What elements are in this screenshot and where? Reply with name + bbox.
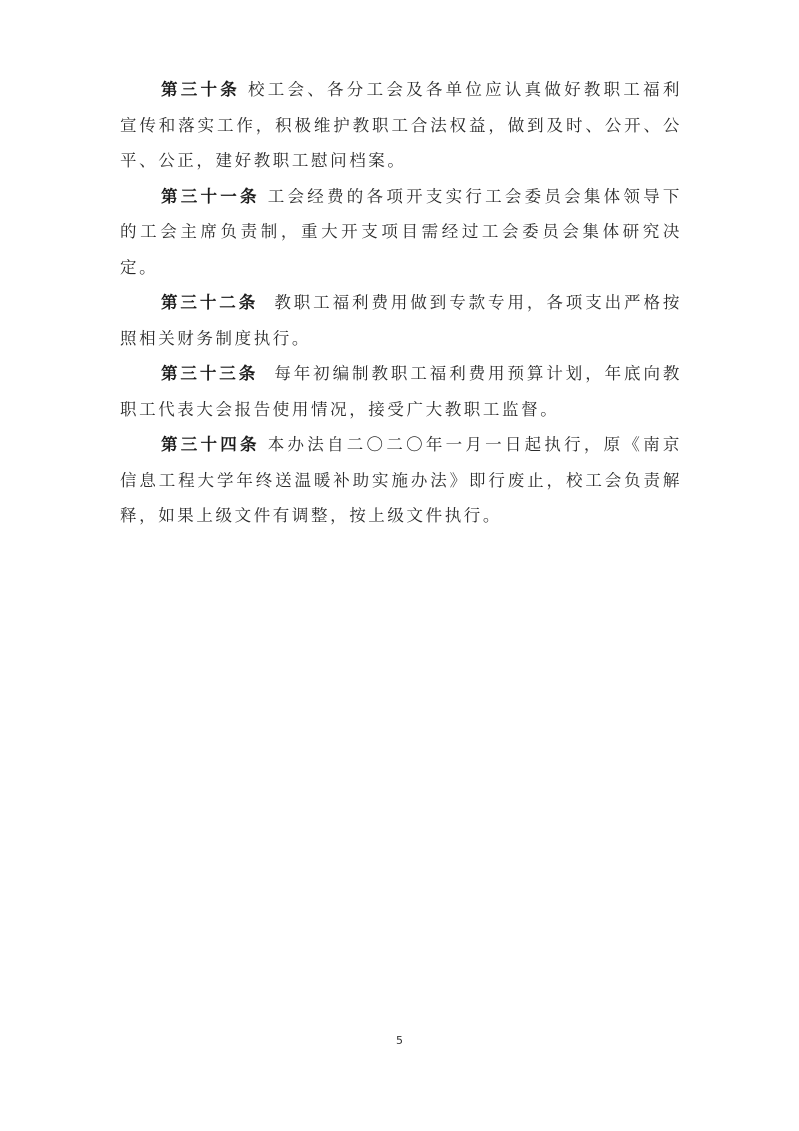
article-31: 第三十一条工会经费的各项开支实行工会委员会集体领导下的工会主席负责制，重大开支项… — [120, 179, 682, 286]
page-number: 5 — [0, 1034, 799, 1047]
article-30: 第三十条校工会、各分工会及各单位应认真做好教职工福利宣传和落实工作，积极维护教职… — [120, 72, 682, 179]
document-page: 第三十条校工会、各分工会及各单位应认真做好教职工福利宣传和落实工作，积极维护教职… — [0, 0, 799, 1131]
document-body: 第三十条校工会、各分工会及各单位应认真做好教职工福利宣传和落实工作，积极维护教职… — [120, 72, 682, 534]
article-34: 第三十四条本办法自二〇二〇年一月一日起执行，原《南京信息工程大学年终送温暖补助实… — [120, 427, 682, 534]
article-heading: 第三十二条 — [161, 293, 258, 312]
article-32: 第三十二条 教职工福利费用做到专款专用，各项支出严格按照相关财务制度执行。 — [120, 285, 682, 356]
article-heading: 第三十四条 — [161, 435, 260, 454]
article-33: 第三十三条 每年初编制教职工福利费用预算计划，年底向教职工代表大会报告使用情况，… — [120, 356, 682, 427]
article-heading: 第三十条 — [161, 80, 240, 99]
article-heading: 第三十一条 — [161, 187, 260, 206]
article-heading: 第三十三条 — [161, 364, 258, 383]
